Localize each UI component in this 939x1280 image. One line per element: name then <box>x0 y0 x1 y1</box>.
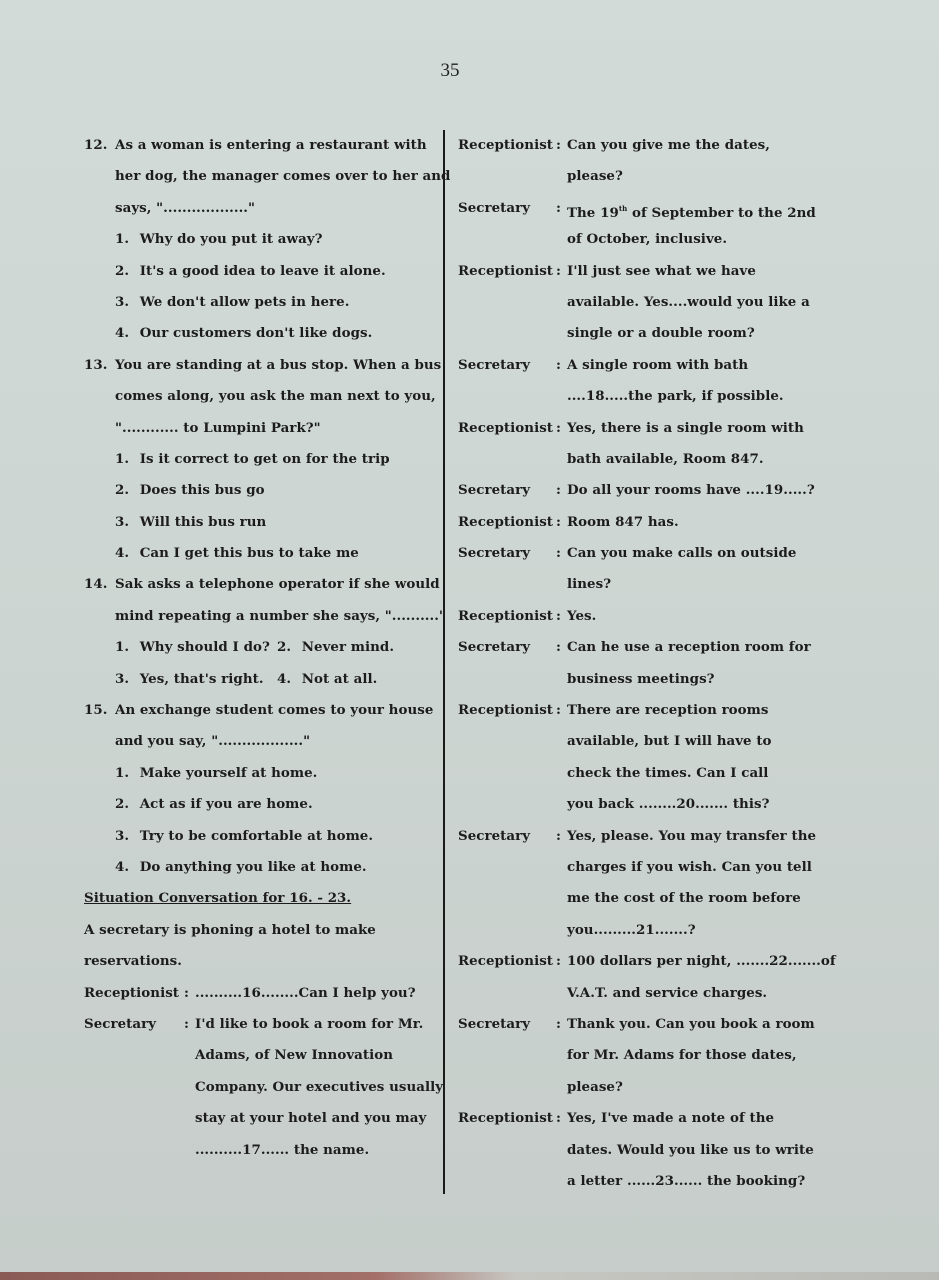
dialogue-turn: Receptionist:Yes. <box>458 604 828 635</box>
situation-intro: A secretary is phoning a hotel to make <box>84 918 439 949</box>
dialogue-turn: Secretary:The 19th of September to the 2… <box>458 196 828 259</box>
option[interactable]: 3. Yes, that's right. <box>115 667 277 698</box>
page-bottom-edge <box>0 1272 939 1280</box>
speaker-label: Receptionist <box>458 259 556 290</box>
option[interactable]: 1. Why should I do? <box>115 635 277 666</box>
dialogue-turn: Secretary:Yes, please. You may transfer … <box>458 824 828 950</box>
question-stem: says, ".................." <box>84 196 439 227</box>
dialogue-text: Room 847 has. <box>567 510 679 541</box>
dialogue-text: stay at your hotel and you may <box>84 1106 439 1137</box>
dialogue-turn: Secretary:Can he use a reception room fo… <box>458 635 828 698</box>
dialogue-text: please? <box>458 164 828 195</box>
dialogue-text: ....18.....the park, if possible. <box>458 384 828 415</box>
speaker-label: Secretary <box>458 353 556 384</box>
dialogue-text: Thank you. Can you book a room <box>567 1012 815 1043</box>
option[interactable]: 3. We don't allow pets in here. <box>84 290 439 321</box>
dialogue-turn: Receptionist:Yes, I've made a note of th… <box>458 1106 828 1200</box>
dialogue-text: Yes. <box>567 604 596 635</box>
option[interactable]: 4. Not at all. <box>277 667 439 698</box>
dialogue-text: V.A.T. and service charges. <box>458 981 828 1012</box>
question-14: 14.Sak asks a telephone operator if she … <box>84 572 439 698</box>
dialogue-text: Can you make calls on outside <box>567 541 797 572</box>
question-number: 15. <box>84 698 115 723</box>
speaker-label: Secretary <box>458 635 556 666</box>
dialogue-text: There are reception rooms <box>567 698 768 729</box>
column-divider <box>443 130 445 1194</box>
dialogue-turn: Secretary:Thank you. Can you book a room… <box>458 1012 828 1106</box>
dialogue-text: 100 dollars per night, .......22.......o… <box>567 949 836 980</box>
speaker-label: Secretary <box>458 824 556 855</box>
dialogue-text: Yes, I've made a note of the <box>567 1106 774 1137</box>
dialogue-turn: Receptionist:There are reception rooms a… <box>458 698 828 824</box>
question-stem: As a woman is entering a restaurant with <box>115 137 427 153</box>
dialogue-text: Adams, of New Innovation <box>84 1043 439 1074</box>
situation-intro: reservations. <box>84 949 439 980</box>
speaker-label: Secretary <box>458 541 556 572</box>
dialogue-text: you back ........20....... this? <box>458 792 828 823</box>
dialogue-text: I'd like to book a room for Mr. <box>195 1012 423 1043</box>
dialogue-turn: Secretary:Do all your rooms have ....19.… <box>458 478 828 509</box>
option[interactable]: 1. Is it correct to get on for the trip <box>84 447 439 478</box>
dialogue-text: Can he use a reception room for <box>567 635 811 666</box>
dialogue-text: available, but I will have to <box>458 729 828 760</box>
dialogue-text: Company. Our executives usually <box>84 1075 439 1106</box>
dialogue-text: for Mr. Adams for those dates, <box>458 1043 828 1074</box>
dialogue-text: Can you give me the dates, <box>567 133 770 164</box>
speaker-label: Receptionist <box>458 510 556 541</box>
dialogue-turn: Secretary:I'd like to book a room for Mr… <box>84 1012 439 1169</box>
question-stem: An exchange student comes to your house <box>115 702 433 718</box>
dialogue-text: charges if you wish. Can you tell <box>458 855 828 886</box>
dialogue-text: Yes, there is a single room with <box>567 416 804 447</box>
dialogue-text: available. Yes....would you like a <box>458 290 828 321</box>
option[interactable]: 2. Does this bus go <box>84 478 439 509</box>
question-stem: mind repeating a number she says, ".....… <box>84 604 439 635</box>
page-number: 35 <box>0 60 900 82</box>
question-13: 13.You are standing at a bus stop. When … <box>84 353 439 573</box>
option[interactable]: 3. Will this bus run <box>84 510 439 541</box>
dialogue-text: Yes, please. You may transfer the <box>567 824 816 855</box>
dialogue-text: ..........17...... the name. <box>84 1138 439 1169</box>
dialogue-text: check the times. Can I call <box>458 761 828 792</box>
question-number: 12. <box>84 133 115 158</box>
dialogue-text: ..........16........Can I help you? <box>195 981 416 1012</box>
speaker-label: Secretary <box>458 196 556 227</box>
dialogue-text: me the cost of the room before <box>458 886 828 917</box>
question-number: 14. <box>84 572 115 597</box>
dialogue-turn: Receptionist:Can you give me the dates, … <box>458 133 828 196</box>
speaker-label: Secretary <box>458 1012 556 1043</box>
dialogue-text: bath available, Room 847. <box>458 447 828 478</box>
dialogue-turn: Secretary:Can you make calls on outside … <box>458 541 828 604</box>
question-number: 13. <box>84 353 115 378</box>
dialogue-text: please? <box>458 1075 828 1106</box>
dialogue-text: of October, inclusive. <box>458 227 828 258</box>
option[interactable]: 2. Never mind. <box>277 635 439 666</box>
option[interactable]: 1. Why do you put it away? <box>84 227 439 258</box>
dialogue-text: single or a double room? <box>458 321 828 352</box>
speaker-label: Secretary <box>458 478 556 509</box>
dialogue-text: dates. Would you like us to write <box>458 1138 828 1169</box>
option[interactable]: 2. It's a good idea to leave it alone. <box>84 259 439 290</box>
situation-section: Situation Conversation for 16. - 23. A s… <box>84 886 439 1169</box>
dialogue-turn: Receptionist:Yes, there is a single room… <box>458 416 828 479</box>
question-15: 15.An exchange student comes to your hou… <box>84 698 439 886</box>
speaker-label: Receptionist <box>458 949 556 980</box>
question-12: 12.As a woman is entering a restaurant w… <box>84 133 439 353</box>
dialogue-turn: Receptionist:Room 847 has. <box>458 510 828 541</box>
dialogue-text: you.........21.......? <box>458 918 828 949</box>
option[interactable]: 3. Try to be comfortable at home. <box>84 824 439 855</box>
speaker-label: Receptionist <box>84 981 184 1012</box>
speaker-label: Receptionist <box>458 133 556 164</box>
option[interactable]: 1. Make yourself at home. <box>84 761 439 792</box>
question-stem: "............ to Lumpini Park?" <box>84 416 439 447</box>
dialogue-text: business meetings? <box>458 667 828 698</box>
speaker-label: Secretary <box>84 1012 184 1043</box>
question-stem: You are standing at a bus stop. When a b… <box>115 357 441 373</box>
option[interactable]: 4. Our customers don't like dogs. <box>84 321 439 352</box>
situation-heading: Situation Conversation for 16. - 23. <box>84 890 351 906</box>
dialogue-turn: Receptionist:I'll just see what we have … <box>458 259 828 353</box>
dialogue-text: The 19th of September to the 2nd <box>567 196 816 227</box>
option[interactable]: 4. Can I get this bus to take me <box>84 541 439 572</box>
question-stem: her dog, the manager comes over to her a… <box>84 164 439 195</box>
dialogue-text: Do all your rooms have ....19.....? <box>567 478 815 509</box>
option[interactable]: 4. Do anything you like at home. <box>84 855 439 886</box>
dialogue-turn: Secretary:A single room with bath ....18… <box>458 353 828 416</box>
dialogue-text: A single room with bath <box>567 353 748 384</box>
left-column: 12.As a woman is entering a restaurant w… <box>84 133 439 1169</box>
speaker-label: Receptionist <box>458 416 556 447</box>
dialogue-turn: Receptionist:100 dollars per night, ....… <box>458 949 828 1012</box>
question-stem: and you say, ".................." <box>84 729 439 760</box>
dialogue-text: I'll just see what we have <box>567 259 756 290</box>
question-stem: Sak asks a telephone operator if she wou… <box>115 576 440 592</box>
question-stem: comes along, you ask the man next to you… <box>84 384 439 415</box>
dialogue-turn: Receptionist:..........16........Can I h… <box>84 981 439 1012</box>
dialogue-text: lines? <box>458 572 828 603</box>
speaker-label: Receptionist <box>458 1106 556 1137</box>
speaker-label: Receptionist <box>458 604 556 635</box>
speaker-label: Receptionist <box>458 698 556 729</box>
document-page: 35 12.As a woman is entering a restauran… <box>0 0 939 1272</box>
right-column: Receptionist:Can you give me the dates, … <box>458 133 828 1200</box>
option[interactable]: 2. Act as if you are home. <box>84 792 439 823</box>
dialogue-text: a letter ......23...... the booking? <box>458 1169 828 1200</box>
